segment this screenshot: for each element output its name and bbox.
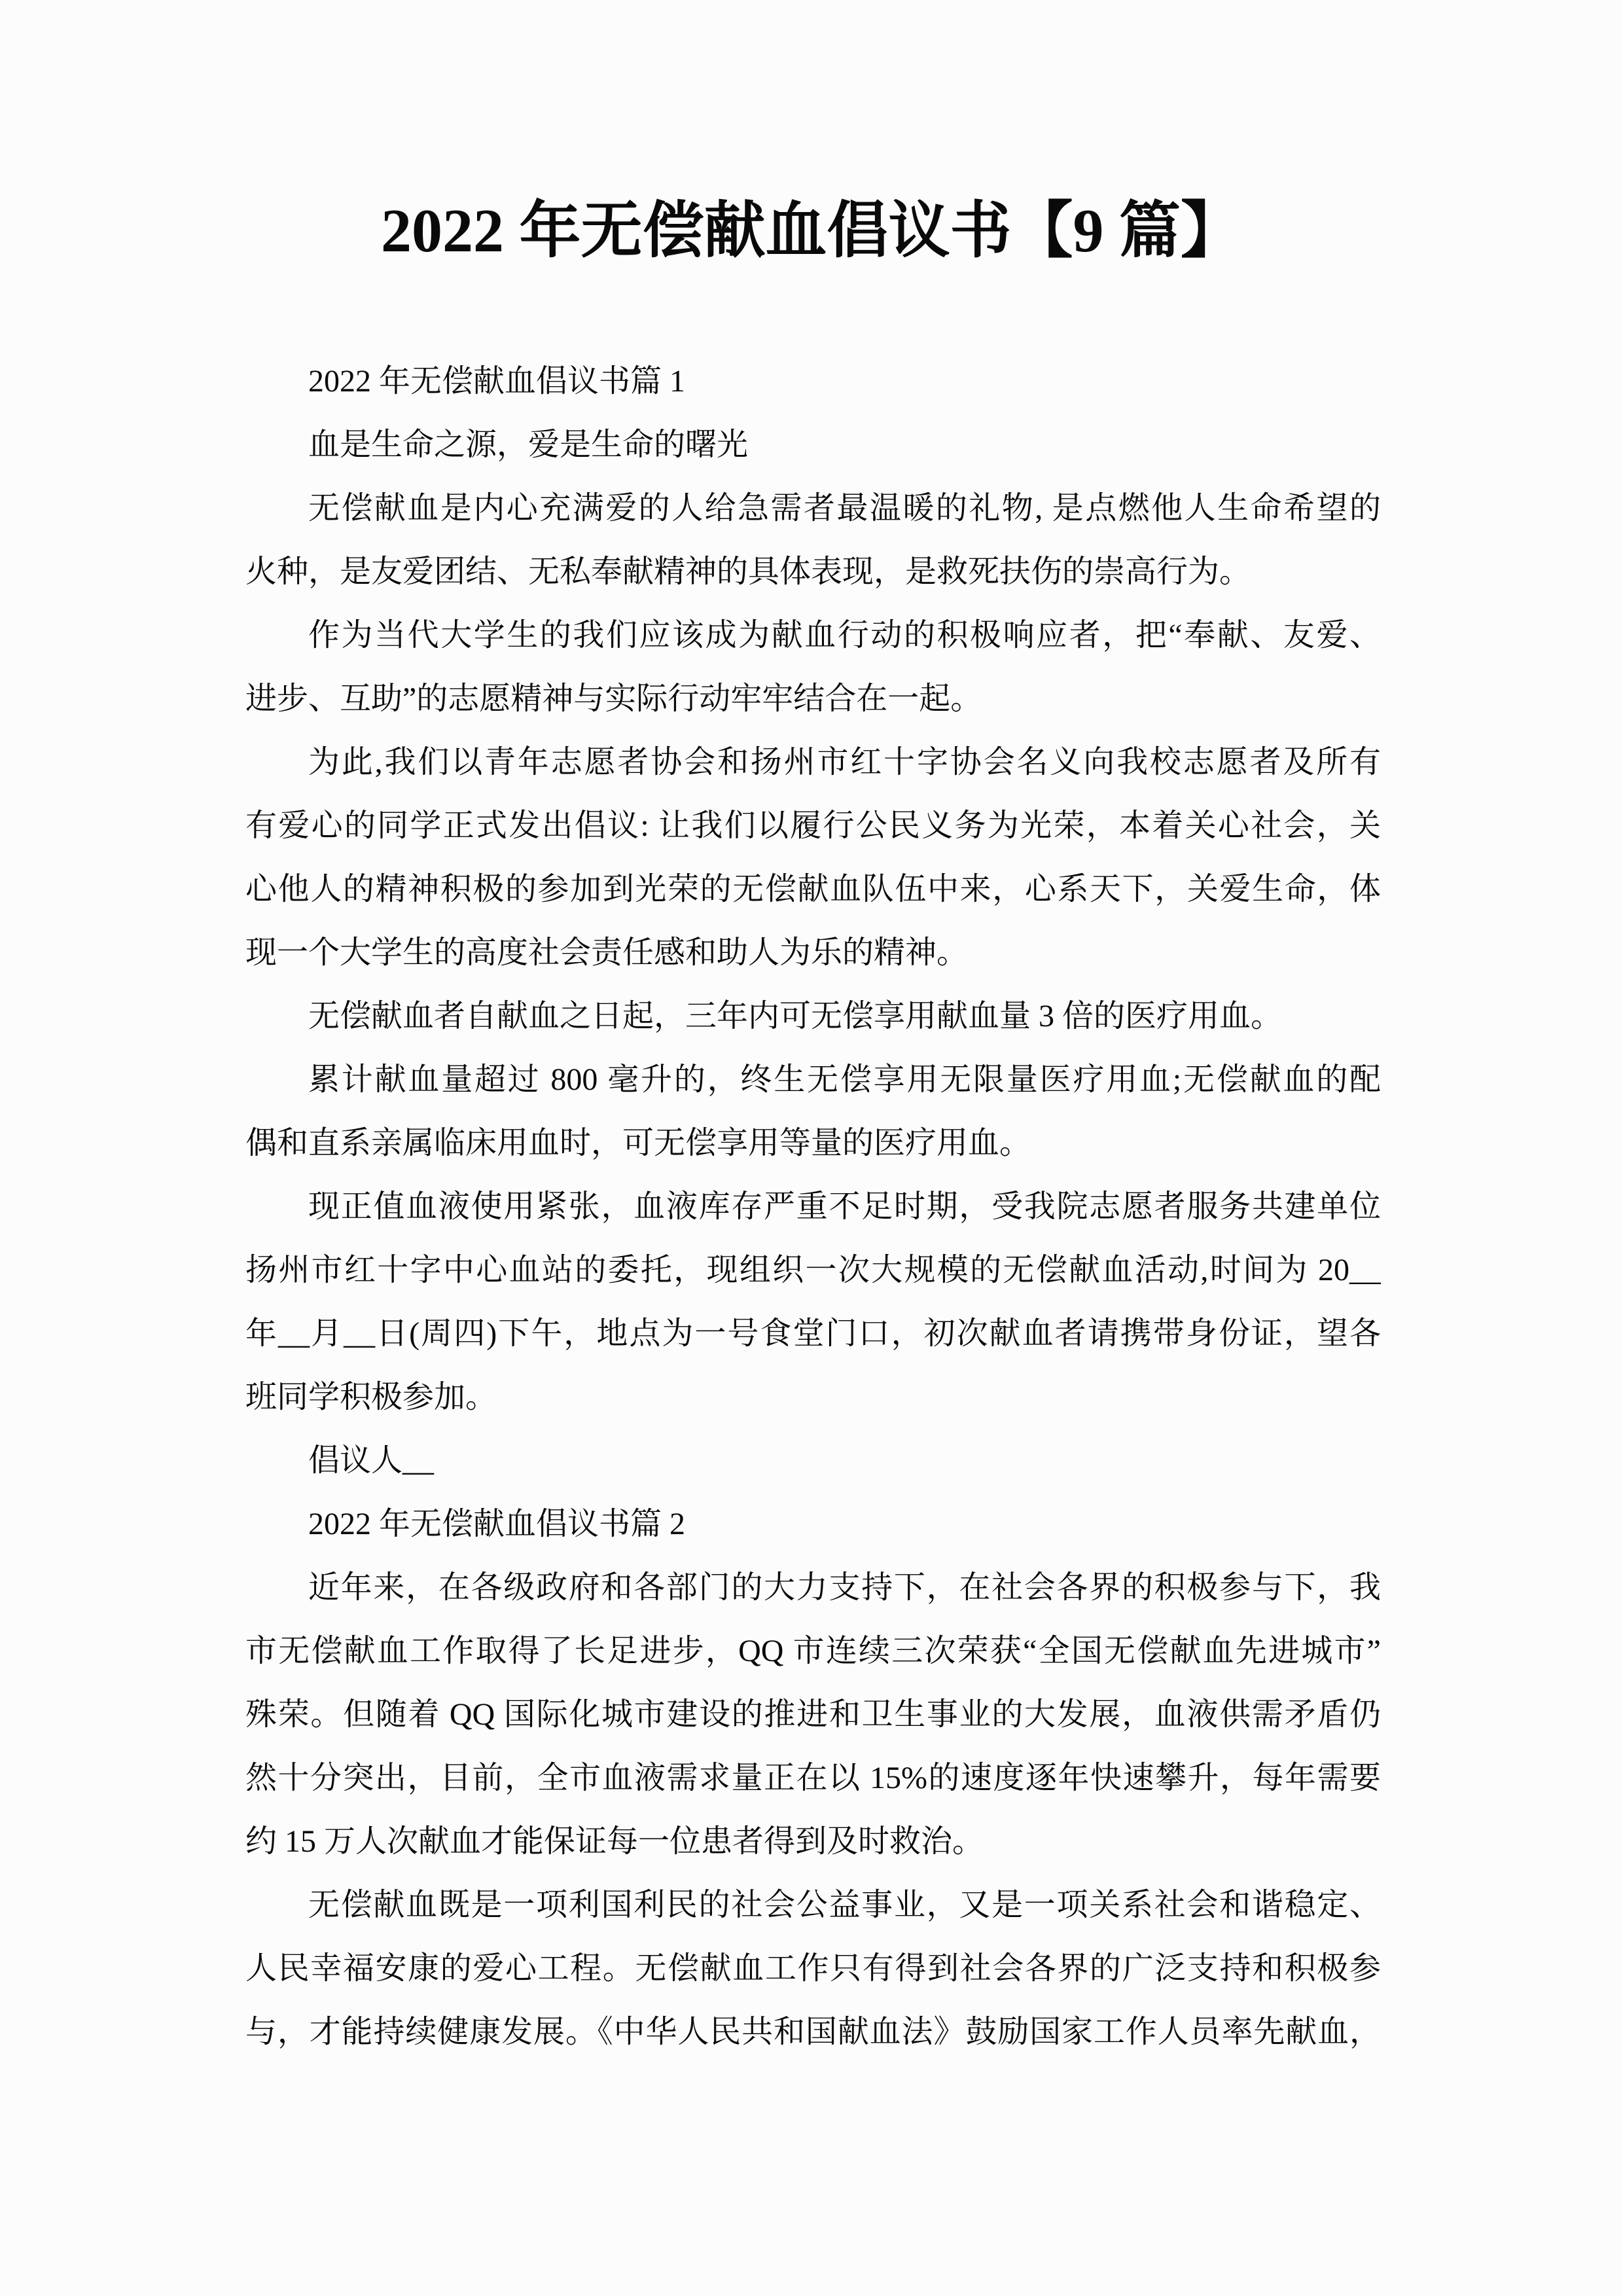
paragraph: 近年来，在各级政府和各部门的大力支持下，在社会各界的积极参与下，我 市无偿献血工…	[245, 1556, 1381, 1873]
paragraph: 2022 年无偿献血倡议书篇 1	[245, 350, 1381, 413]
document-body: 2022 年无偿献血倡议书篇 1 血是生命之源，爱是生命的曙光 无偿献血是内心充…	[245, 350, 1381, 2064]
text-line: 心他人的精神积极的参加到光荣的无偿献血队伍中来，心系天下，关爱生命，体	[245, 857, 1381, 921]
paragraph: 2022 年无偿献血倡议书篇 2	[245, 1492, 1381, 1556]
document-page: 2022 年无偿献血倡议书【9 篇】 2022 年无偿献血倡议书篇 1 血是生命…	[0, 0, 1623, 2296]
paragraph: 无偿献血是内心充满爱的人给急需者最温暖的礼物, 是点燃他人生命希望的 火种，是友…	[245, 476, 1381, 603]
text-line: 血是生命之源，爱是生命的曙光	[245, 413, 1381, 476]
text-line: 人民幸福安康的爱心工程。无偿献血工作只有得到社会各界的广泛支持和积极参	[245, 1937, 1381, 2000]
paragraph: 无偿献血者自献血之日起，三年内可无偿享用献血量 3 倍的医疗用血。	[245, 984, 1381, 1048]
paragraph: 血是生命之源，爱是生命的曙光	[245, 413, 1381, 476]
paragraph: 累计献血量超过 800 毫升的，终生无偿享用无限量医疗用血;无偿献血的配 偶和直…	[245, 1048, 1381, 1175]
text-line: 作为当代大学生的我们应该成为献血行动的积极响应者，把“奉献、友爱、	[245, 603, 1381, 667]
text-line: 现一个大学生的高度社会责任感和助人为乐的精神。	[245, 921, 1381, 984]
text-line: 无偿献血者自献血之日起，三年内可无偿享用献血量 3 倍的医疗用血。	[245, 984, 1381, 1048]
document-title: 2022 年无偿献血倡议书【9 篇】	[0, 188, 1623, 274]
paragraph: 作为当代大学生的我们应该成为献血行动的积极响应者，把“奉献、友爱、 进步、互助”…	[245, 603, 1381, 730]
text-line: 无偿献血是内心充满爱的人给急需者最温暖的礼物, 是点燃他人生命希望的	[245, 476, 1381, 540]
text-line: 偶和直系亲属临床用血时，可无偿享用等量的医疗用血。	[245, 1111, 1381, 1175]
text-line: 年__月__日(周四)下午，地点为一号食堂门口，初次献血者请携带身份证，望各	[245, 1302, 1381, 1365]
text-line: 现正值血液使用紧张，血液库存严重不足时期，受我院志愿者服务共建单位	[245, 1175, 1381, 1238]
text-line: 2022 年无偿献血倡议书篇 1	[245, 350, 1381, 413]
text-line: 累计献血量超过 800 毫升的，终生无偿享用无限量医疗用血;无偿献血的配	[245, 1048, 1381, 1111]
text-line: 然十分突出，目前，全市血液需求量正在以 15%的速度逐年快速攀升，每年需要	[245, 1746, 1381, 1810]
text-line: 约 15 万人次献血才能保证每一位患者得到及时救治。	[245, 1810, 1381, 1873]
text-line: 进步、互助”的志愿精神与实际行动牢牢结合在一起。	[245, 667, 1381, 730]
text-line: 殊荣。但随着 QQ 国际化城市建设的推进和卫生事业的大发展，血液供需矛盾仍	[245, 1683, 1381, 1746]
text-line: 有爱心的同学正式发出倡议: 让我们以履行公民义务为光荣，本着关心社会，关	[245, 794, 1381, 857]
text-line: 市无偿献血工作取得了长足进步，QQ 市连续三次荣获“全国无偿献血先进城市”	[245, 1619, 1381, 1683]
text-line: 倡议人__	[245, 1429, 1381, 1492]
text-line: 与，才能持续健康发展。《中华人民共和国献血法》鼓励国家工作人员率先献血，	[245, 2000, 1381, 2064]
paragraph: 倡议人__	[245, 1429, 1381, 1492]
text-line: 2022 年无偿献血倡议书篇 2	[245, 1492, 1381, 1556]
paragraph: 无偿献血既是一项利国利民的社会公益事业，又是一项关系社会和谐稳定、 人民幸福安康…	[245, 1873, 1381, 2064]
text-line: 火种，是友爱团结、无私奉献精神的具体表现，是救死扶伤的崇高行为。	[245, 540, 1381, 603]
text-line: 无偿献血既是一项利国利民的社会公益事业，又是一项关系社会和谐稳定、	[245, 1873, 1381, 1937]
text-line: 班同学积极参加。	[245, 1365, 1381, 1429]
text-line: 为此,我们以青年志愿者协会和扬州市红十字协会名义向我校志愿者及所有	[245, 730, 1381, 794]
text-line: 扬州市红十字中心血站的委托，现组织一次大规模的无偿献血活动,时间为 20__	[245, 1238, 1381, 1302]
text-line: 近年来，在各级政府和各部门的大力支持下，在社会各界的积极参与下，我	[245, 1556, 1381, 1619]
paragraph: 现正值血液使用紧张，血液库存严重不足时期，受我院志愿者服务共建单位 扬州市红十字…	[245, 1175, 1381, 1429]
paragraph: 为此,我们以青年志愿者协会和扬州市红十字协会名义向我校志愿者及所有 有爱心的同学…	[245, 730, 1381, 984]
